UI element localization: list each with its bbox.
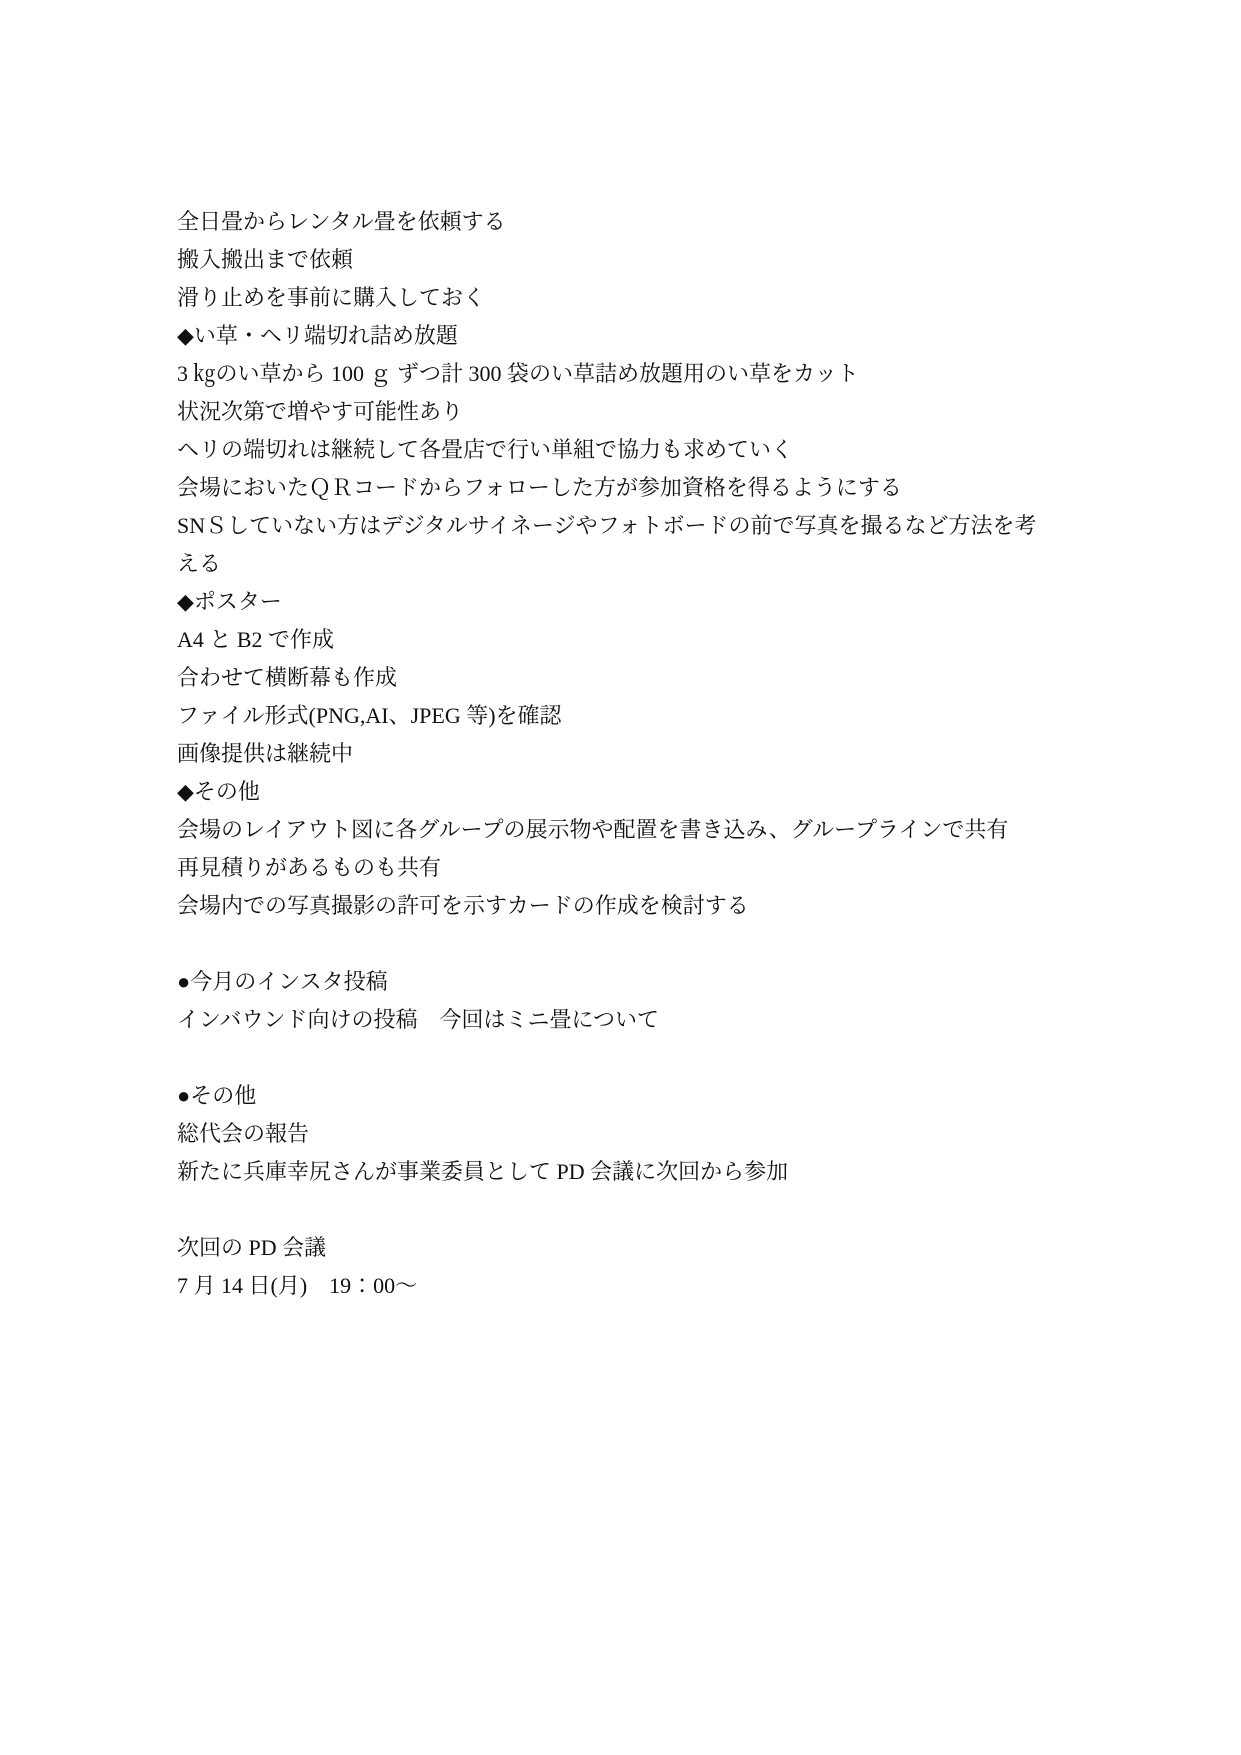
note-line: 会場においたＱＲコードからフォローした方が参加資格を得るようにする: [177, 469, 1072, 507]
document-page: 全日畳からレンタル畳を依頼する 搬入搬出まで依頼 滑り止めを事前に購入しておく …: [0, 0, 1241, 1755]
note-line: 3 ㎏のい草から 100 ｇ ずつ計 300 袋のい草詰め放題用のい草をカット: [177, 355, 1072, 393]
note-line: 画像提供は継続中: [177, 735, 1072, 773]
note-line: ファイル形式(PNG,AI、JPEG 等)を確認: [177, 697, 1072, 735]
note-line-continuation: える: [177, 545, 1072, 583]
subsection-heading: ◆ポスター: [177, 583, 1072, 621]
note-line: A4 と B2 で作成: [177, 621, 1072, 659]
section-heading: ●その他: [177, 1077, 1072, 1115]
note-line: 次回の PD 会議: [177, 1229, 1072, 1267]
subsection-heading: ◆その他: [177, 773, 1072, 811]
document-body: 全日畳からレンタル畳を依頼する 搬入搬出まで依頼 滑り止めを事前に購入しておく …: [177, 203, 1072, 1305]
note-line: 全日畳からレンタル畳を依頼する: [177, 203, 1072, 241]
subsection-heading: ◆い草・ヘリ端切れ詰め放題: [177, 317, 1072, 355]
note-line: 会場のレイアウト図に各グループの展示物や配置を書き込み、グループラインで共有: [177, 811, 1072, 849]
next-meeting-datetime: 7 月 14 日(月) 19：00～: [177, 1267, 1072, 1305]
note-line: 状況次第で増やす可能性あり: [177, 393, 1072, 431]
note-line: 総代会の報告: [177, 1115, 1072, 1153]
note-line: SNＳしていない方はデジタルサイネージやフォトボードの前で写真を撮るなど方法を考: [177, 507, 1072, 545]
note-line: 会場内での写真撮影の許可を示すカードの作成を検討する: [177, 887, 1072, 925]
blank-line: [177, 925, 1072, 963]
note-line: 合わせて横断幕も作成: [177, 659, 1072, 697]
blank-line: [177, 1039, 1072, 1077]
note-line: 再見積りがあるものも共有: [177, 849, 1072, 887]
note-line: 新たに兵庫幸尻さんが事業委員として PD 会議に次回から参加: [177, 1153, 1072, 1191]
blank-line: [177, 1191, 1072, 1229]
note-line: ヘリの端切れは継続して各畳店で行い単組で協力も求めていく: [177, 431, 1072, 469]
note-line: 搬入搬出まで依頼: [177, 241, 1072, 279]
note-line: インバウンド向けの投稿 今回はミニ畳について: [177, 1001, 1072, 1039]
note-line: 滑り止めを事前に購入しておく: [177, 279, 1072, 317]
section-heading: ●今月のインスタ投稿: [177, 963, 1072, 1001]
